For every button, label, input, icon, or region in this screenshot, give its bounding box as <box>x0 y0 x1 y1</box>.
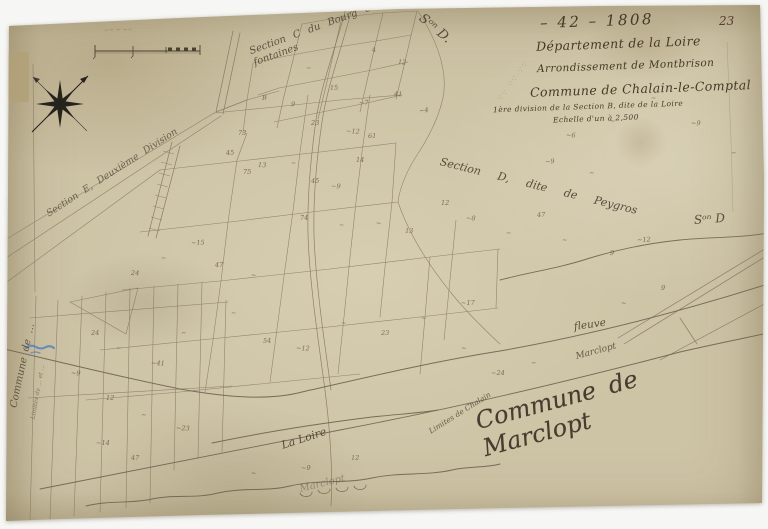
parcel-number: 12 <box>398 58 407 67</box>
parcel-number: ∼ <box>161 254 166 262</box>
parcel-number: ∼4 <box>419 106 429 115</box>
parcel-number: ∼ <box>341 319 346 327</box>
parcel-number: ∼ <box>621 299 627 307</box>
parcel-number: ∼ <box>421 314 427 322</box>
parcel-number: ∼6 <box>566 131 576 139</box>
parcel-number: 47 <box>131 454 140 462</box>
parcel-number: ∼23 <box>176 424 190 432</box>
sheet-wrap: – 42 – 1808 Département de la Loire Arro… <box>0 0 768 529</box>
parcel-number: ∼ <box>651 94 656 102</box>
parcel-number: ∼ <box>461 344 467 352</box>
parcel-number: ∼ <box>181 329 187 337</box>
parcel-number: 12 <box>106 394 114 402</box>
parcel-number: ∼ <box>506 229 511 237</box>
parcel-number: 54 <box>263 337 272 345</box>
parcel-number: ∼12 <box>296 344 310 352</box>
parcel-number: ∼15 <box>191 239 205 247</box>
parcel-number: 74 <box>300 214 309 222</box>
parcel-number: 13 <box>405 227 414 235</box>
parcel-number: 14 <box>356 156 364 164</box>
parcel-number: 23 <box>311 119 319 127</box>
parcel-number: 4 <box>372 46 377 54</box>
parcel-number: ∼17 <box>461 299 475 307</box>
parcel-number: ∼24 <box>491 369 505 377</box>
parcel-number: 12 <box>351 454 360 462</box>
parcel-number: 47 <box>537 211 546 219</box>
parcel-number: 75 <box>243 168 251 176</box>
parcel-number: ∼12 <box>346 127 360 136</box>
parcel-number: 12 <box>441 199 449 207</box>
parcel-number: 47 <box>215 261 223 269</box>
parcel-number: 45 <box>226 149 235 157</box>
parcel-number: ∼7 <box>359 99 369 107</box>
parcel-number: B <box>262 94 267 102</box>
parcel-number: 9 <box>661 284 665 292</box>
parcel-number: ∼9 <box>691 119 701 127</box>
parcel-number: ∼ <box>116 344 121 352</box>
parcel-number: 9 <box>291 100 296 108</box>
parcel-number: ∼14 <box>96 439 110 447</box>
parcel-number: ∼9 <box>545 157 555 166</box>
parcel-number: ∼9 <box>331 182 341 190</box>
parcel-number: ∼ <box>531 359 537 367</box>
parcel-number: ∼12 <box>637 236 651 244</box>
parcel-number: 15 <box>330 83 339 92</box>
parcel-number: 9 <box>610 249 614 257</box>
parcel-number: 13 <box>258 161 267 169</box>
parcel-number: 23 <box>381 329 390 337</box>
parchment-map: – 42 – 1808 Département de la Loire Arro… <box>0 0 768 529</box>
parcel-number: ∼ <box>141 411 147 419</box>
parcel-number: ∼ <box>610 117 615 125</box>
parcel-number: ∼9 <box>71 369 81 377</box>
parcel-number: 73 <box>238 129 246 137</box>
parcel-number: ∼ <box>376 219 382 227</box>
parcel-number: 45 <box>311 177 320 185</box>
parcel-number: ∼ <box>339 221 344 229</box>
parcel-number: ∼ <box>306 64 311 72</box>
parcel-number: ∼ <box>231 309 236 317</box>
parcel-number: 41 <box>394 90 403 98</box>
scanned-map-sheet: – 42 – 1808 Département de la Loire Arro… <box>0 0 768 529</box>
parcel-number: ∼ <box>251 271 257 279</box>
parcel-number: ∼41 <box>151 359 165 367</box>
parcel-number: ∼8 <box>466 214 476 222</box>
parcel-mark-layer: 412∼159∼741∼423∼12B73451375∼45∼9611474∼∼… <box>0 0 768 529</box>
parcel-number: ∼ <box>562 236 567 244</box>
parcel-number: ∼ <box>251 469 257 477</box>
parcel-number: ∼ <box>731 149 737 157</box>
parcel-number: ∼ <box>589 169 595 177</box>
parcel-number: ∼9 <box>301 464 311 472</box>
parcel-number: 24 <box>91 329 100 337</box>
parcel-number: ∼ <box>291 159 296 167</box>
parcel-number: 61 <box>368 132 377 140</box>
parcel-number: 24 <box>131 269 140 277</box>
